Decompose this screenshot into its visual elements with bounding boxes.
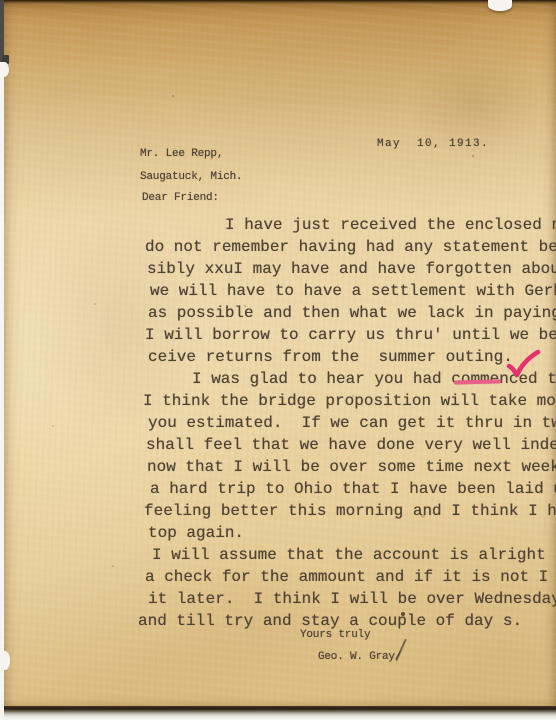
scan-bottom-shadow [4, 706, 556, 720]
letter-date: May 10, 1913. [377, 138, 489, 150]
letter-line: I have just received the enclosed notice… [225, 214, 545, 236]
recipient-name: Mr. Lee Repp, [140, 148, 223, 160]
paper-edge-notch [488, 0, 512, 11]
letter-line: it later. I think I will be over Wednesd… [148, 588, 545, 610]
letter-line: a check for the ammount and if it is not… [145, 566, 545, 588]
letter-line: I will assume that the account is alrigh… [152, 544, 545, 566]
scan-bottom-margin [0, 706, 4, 720]
letter-line: you estimated. If we can get it thru in … [148, 412, 545, 434]
salutation: Dear Friend: [142, 192, 219, 204]
paper-edge-notch [0, 62, 9, 77]
letter-line: do not remember having had any statement… [145, 236, 545, 258]
letter-line: now that I will be over some time next w… [147, 456, 545, 478]
checkmark-icon [505, 348, 543, 384]
scan-top-shadow [0, 0, 556, 4]
letter-line: feeling better this morning and I think … [144, 500, 545, 522]
paper-specks [172, 95, 174, 97]
letter-body: I have just received the enclosed notice… [140, 214, 545, 632]
letter-line: as possible and then what we lack in pay… [148, 302, 545, 324]
letter-line: I will borrow to carry us thru' until we… [145, 324, 545, 346]
letter-line: we will have to have a settlement with G… [150, 280, 545, 302]
paper-edge-notch [0, 651, 10, 670]
letter-line: shall feel that we have done very well i… [146, 434, 545, 456]
letter-line: I think the bridge proposition will take… [143, 390, 545, 412]
letter-line: sibly xxuI may have and have forgotten a… [147, 258, 545, 280]
signature-line: Geo. W. Gray/ [318, 651, 401, 663]
letter-line: a hard trip to Ohio that I have been lai… [150, 478, 545, 500]
letter-line: top again. [148, 522, 545, 544]
scan-left-margin [0, 74, 4, 706]
scanned-letter-page: { "document": { "type": "typewritten let… [0, 0, 556, 720]
recipient-city: Saugatuck, Mich. [140, 171, 242, 183]
letter-line: ceive returns from the summer outing. [148, 346, 545, 368]
closing-line: Yours truly [300, 629, 370, 641]
